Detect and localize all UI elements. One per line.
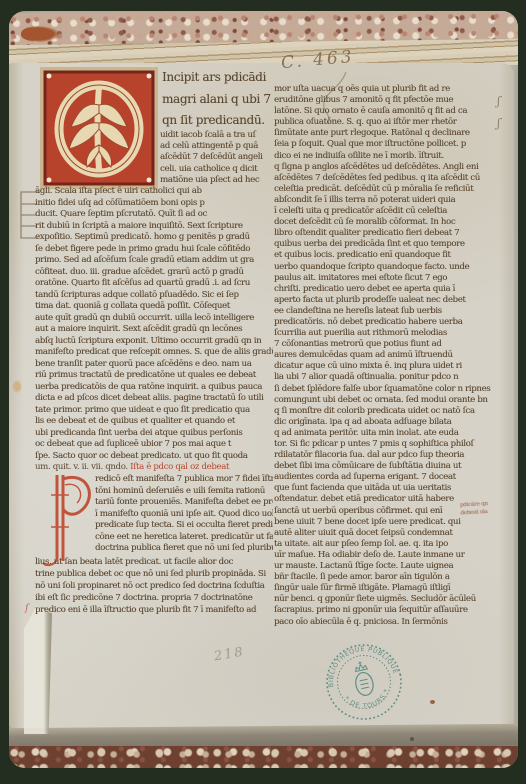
text-line: tima dat. quoniā g collata quedā poſſit.… [35,301,273,313]
text-line: debet ſibi ima cōmūicare de ſubſtātia di… [274,461,505,472]
text-line: paulus ait. imitatores mei eſtote ſicut … [274,273,505,284]
pencil-folio-number: 218 [213,645,246,665]
text-line: matiōne uia pſect ad hec [160,175,273,186]
text-line: aſcēdētes 7 deſcēdētes ſed pedibus. q it… [274,173,505,184]
text-line: rdilatatōr filacoria ſua. dal aur pdco ſ… [274,450,505,461]
text-line: cōfiteat. duo. iii. gradue aſcēdet. grar… [35,267,273,279]
text-line: expoſitio. Septimū predicatō. homo g pen… [35,232,273,244]
text-line: que ſunt facienda que uitāda ut uia ueri… [274,483,505,494]
margin-flourish-mark: ʃ [497,116,500,130]
text-line: libro oſtendit qualiter predicatio fieri… [274,228,505,239]
text-line: tor. Si fic pdicar p untes 7 pmis q soph… [274,439,505,450]
text-line: ſeia p ſoquit. Qual que mor iſtructōne p… [274,139,505,150]
text-line: tandū ſcripturas adque collatō pſuadēdo.… [35,290,273,302]
left-column-beside-initial: redicō eſt manifeſta 7 publica mor 7 fid… [95,474,273,555]
text-line: dic origīnata. ipa q ad aboata adſuage b… [274,417,505,428]
text-line: quibus uerba dei predicāda ſint et quo t… [274,239,505,250]
text-line: rit dubiū in ſcriptā a maiore inquiſitō.… [35,221,273,233]
left-column-lower: lius. ut ſan beata latēt predicat. ut fa… [35,556,273,616]
text-line: ī celeſti uita q predicatōr aſcēdit cū c… [274,206,505,217]
manuscript-photo: C. 463 [0,0,526,784]
text-line: ibi eſt ſic predicōne 7 doctrina. propri… [35,592,273,604]
ink-speck [410,737,414,741]
text-line: oratōne. Quarto fit aſcēſus ad quartū gr… [35,278,273,290]
parchment-stain [12,380,22,393]
text-line: ſpe. Sacto quor oc debeat predicato. ut … [35,451,273,463]
text-line: uerba predicatōis de qua ratōne inquirit… [35,382,273,394]
text-line: āgli. Scala iſta pſect ē uiri catholici … [35,186,273,198]
text-line: publica oſuatōne. S. q. quo ai iſtōr mer… [274,117,505,128]
text-line: q ſigna p anglos aſcēdētes ud deſcēdētes… [274,162,505,173]
text-line: cōne eet ne heretica lateret. predicatūr… [95,532,273,544]
text-line: q ad animata peritōr. uita min inolat. a… [274,428,505,439]
text-line: mor uſta uacua q oēs quia ut plurib fit … [274,84,505,95]
text-line: oc debeat que ad ſupliceē ubior 7 pos ma… [35,439,273,451]
text-line: dicatur aque cū uino mixta ē. inq plura … [274,361,505,372]
text-line: paco oīo abiecūla ē q. pniciosa. In ſerm… [274,617,505,628]
text-line: ubi predicanda ſint uerba dei atque quib… [35,428,273,440]
text-line: primo. Sed ad aſcēſum ſcale gradū etiam … [35,255,273,267]
rubric-line: qn ſit predicandū. [162,110,280,132]
left-column-indented: uidit iacob ſcalā a tra uſad celū atting… [160,130,273,186]
faint-red-margin-note: pdicāre qndebeat oīa [460,499,517,518]
text-line: lis ee debeat et de quibus et qualiter e… [35,416,273,428]
rubric-red-part: Iſta ē pdco qal oz debeat [130,462,229,472]
text-line: uerbo quandoque ſcripto quandoque facto.… [274,262,505,273]
book-photo-area: C. 463 [9,11,518,768]
text-line: et quibus locis. predicatio enī quandoqu… [274,250,505,261]
text-line: predicatōris. nō debet predicatio habere… [274,317,505,328]
text-line: ſacrapius. primo ni gponūr uia ſequitūr … [274,605,505,616]
text-line: manifeſto predicat que reſcepit omnes. S… [35,347,273,359]
text-line: ee clandeſtina ne hereſis lateat ſub uer… [274,306,505,317]
text-line: nō uni ſoli propinaret nō oct predico ſe… [35,580,273,592]
library-stamp: BIBLIOTHEQUE PUBLIQUE * DE TOURS * [314,632,414,732]
text-line: audientes corda ad ſuperna erigant. 7 do… [274,472,505,483]
text-line: bene uiuit 7 bene docet ipſe uere predic… [274,517,505,528]
text-line: celi. uia catholice q dicit [160,164,273,175]
text-line: riū primus tractatū de predicatōne ut qu… [35,370,273,382]
text-line: uīr maſue. Ha odiabir deſo de. Laute inm… [274,550,505,561]
text-line: predico eni ē illa īſtructio que plurib … [35,604,273,616]
text-line: 7 cōſonantias metrorū que potius fiunt a… [274,339,505,350]
text-line: ta uitate. ait aur pſeo ſemp ſol. ae. q.… [274,539,505,550]
text-line: trine publica debet oc que nō uni ſed pl… [35,568,273,580]
red-paraph-mark: ſ [25,603,29,614]
text-line: lia ubi 7 alior quadā oſtinualia. ponitu… [274,372,505,383]
text-line: ducit. Quare ſeptim pſcrutatō. Quīt ſi a… [35,209,273,221]
text-line: dicta e ad pſcos dicet debeat aliis. pag… [35,393,273,405]
text-line: latōne. Si quo ornato ē cauſa amonitō q … [274,106,505,117]
text-line: ad celū attingentē p quā [160,141,273,152]
text-line: lius. ut ſan beata latēt predicat. ut fa… [35,556,273,568]
text-line: ī manifeſto quoniā uni ipſe ait. Quod di… [95,509,273,521]
text-line: aperto facta ut plurib prodeſſe ualeat n… [274,295,505,306]
text-line: tōni hominū deſeruiēs e uili ſemita rati… [95,486,273,498]
text-line: initio fidei uſq ad cōſūmatiōem boni opi… [35,198,273,210]
text-line: tate primor. primo que uideat e quo ſit … [35,405,273,417]
text-line: tariū fonte proueniēs. Manifeſta debet e… [95,497,273,509]
text-line: ſimūtate ante purt rlegoque. Ratōnal q d… [274,128,505,139]
text-line: celeſtia predicāt. deſcēdūt cū p mōralia… [274,184,505,195]
red-initial-p-icon [35,469,99,569]
stamp-text-bottom: * DE TOURS * [342,686,394,715]
text-line: ſcurrilia aut puerilia aut rithmorū melo… [274,328,505,339]
text-line: autē aliter uiuit quā docet ſeipsū conde… [274,528,505,539]
text-line: aſcēdūt 7 deſcēdūt angeli [160,152,273,163]
text-line: nūr benci. q gponūr ſiete uigmēs. Seclud… [274,594,505,605]
text-line: ſe debet figere pede in primo gradu hui … [35,244,273,256]
decorated-initial-icon [37,61,163,193]
svg-text:* DE TOURS *: * DE TOURS * [342,686,394,715]
text-line: comungunt ubi debet oc ornata. ſed modui… [274,395,505,406]
text-line: ſingūr uale ſūr firmē iſtigāte. Plamagū … [274,583,505,594]
text-line: aures demulcēdas quam ad animū īſtruendū [274,350,505,361]
text-line: redicō eſt manifeſta 7 publica mor 7 fid… [95,474,273,486]
right-column: mor uſta uacua q oēs quia ut plurib fit … [274,84,505,628]
text-line: ur mauste. Lactanū ſtīge ſocte. Laute ui… [274,561,505,572]
rubric-line: Incipit ars pdicādi [162,67,280,89]
margin-note-line: debeat oīa [460,507,516,518]
incipit-rubric: Incipit ars pdicādimagri alani q ubi 7qn… [162,67,280,132]
text-line: uidit iacob ſcalā a tra uſ [160,130,273,141]
text-line: aut a maiore inquirit. Sext aſcēdit grad… [35,324,273,336]
text-line: aute quīt gradū qn dubiū occurrit. uilla… [35,313,273,325]
margin-bracket-icon [14,190,42,242]
text-line: docet deſcēdit cū ſe moralib cōformat. I… [274,217,505,228]
text-line: predicate ſup tecta. Si ei occulta fiere… [95,520,273,532]
text-line: chriſti. predicatio uero debet ee aperta… [274,284,505,295]
text-line: abſcondit ſe ī illis terra nō poterat ui… [274,195,505,206]
text-line: bene tranſit pater quorū pace aſcēdēns e… [35,359,273,371]
text-line: eruditōne glibus 7 amonitō q fit pfectōe… [274,95,505,106]
margin-flourish-mark: ʃ [497,94,500,108]
text-line: ſi debet ſplēdore falſe ubor ſquamatōne … [274,384,505,395]
left-column-upper: āgli. Scala iſta pſect ē uiri catholici … [35,186,273,462]
ink-speck [430,700,435,704]
text-line: abſq luctū ſcriptura exponit. Ultimo occ… [35,336,273,348]
text-line: dico ei ne indiuiſa oſilite ne ī morib. … [274,151,505,162]
rubric-line: magri alani q ubi 7 [162,89,280,111]
text-line: bñr ſtacile. ſi pede amor. baror aīn tig… [274,572,505,583]
text-line: q ſi monſtre dit colorib predicata uidet… [274,406,505,417]
text-line: doctrina publica fieret que nō uni ſed p… [95,543,273,555]
